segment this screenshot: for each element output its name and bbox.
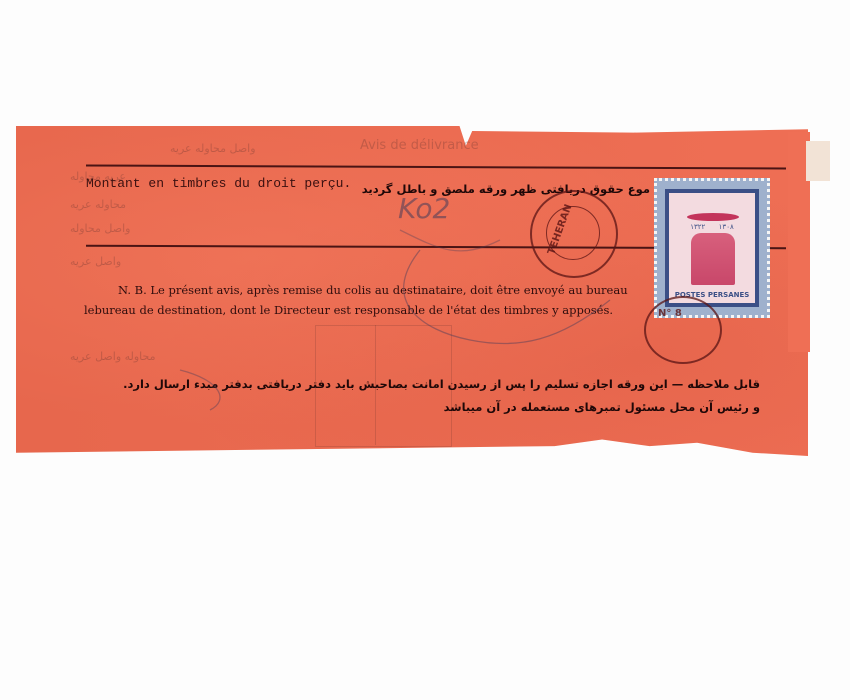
faravahar-icon <box>687 213 739 221</box>
pencil-strokes <box>0 0 850 700</box>
stamp-inner: ۱۳۲۲ ۱۳۰۸ POSTES PERSANES <box>665 189 759 307</box>
postmark-teheran: TEHERAN <box>530 190 618 278</box>
stamp-figure <box>691 233 735 285</box>
stamp-years: ۱۳۲۲ ۱۳۰۸ <box>669 223 755 231</box>
postmark-number: N° 8 <box>644 296 722 364</box>
postmark-number-label: N° 8 <box>658 308 682 319</box>
